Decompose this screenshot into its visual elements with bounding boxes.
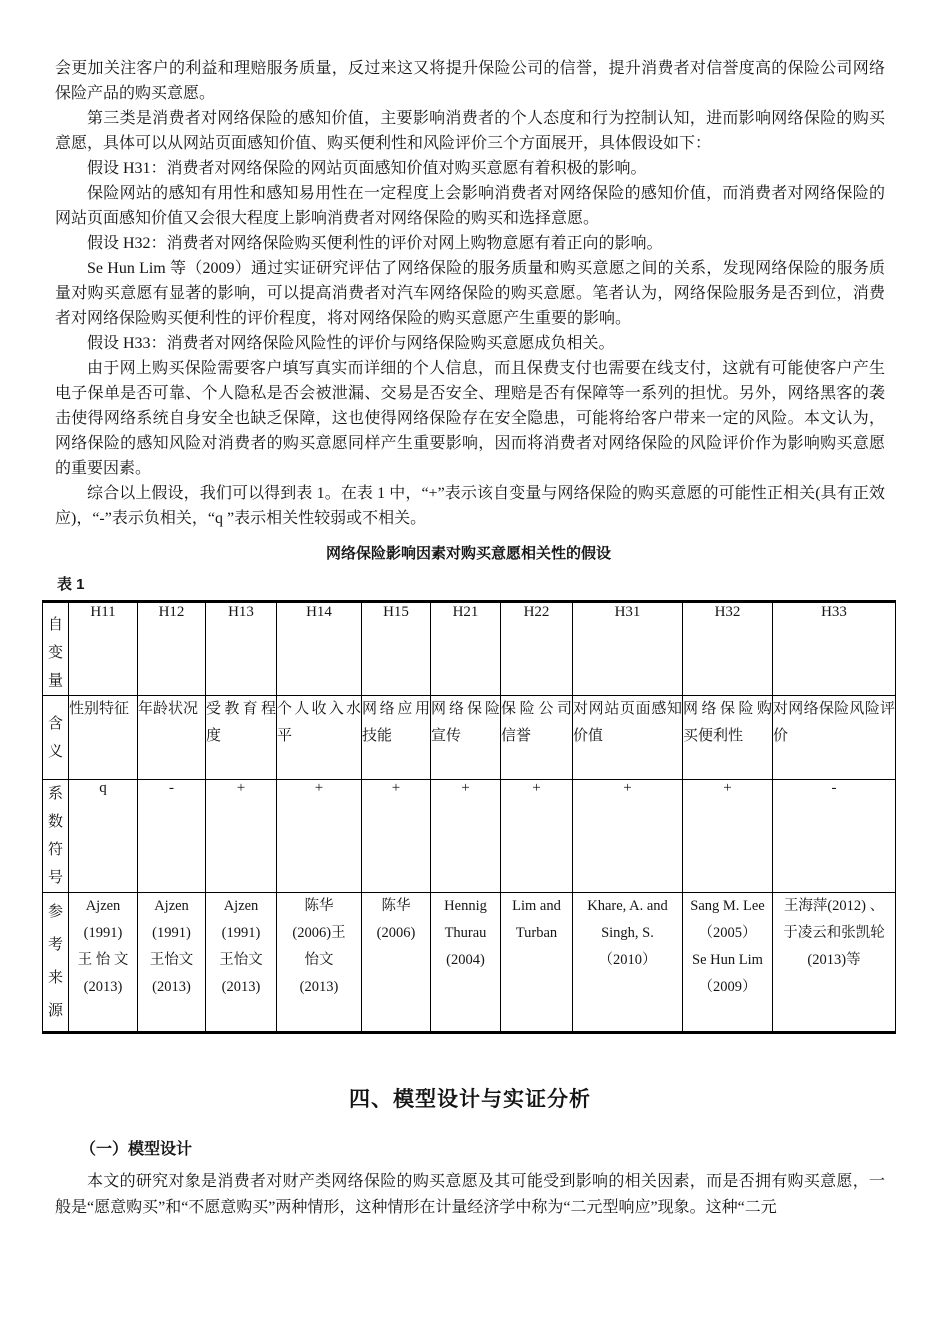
ref-cell: Ajzen (1991) 王怡文 (2013) <box>138 893 206 1033</box>
ref-cell: 陈华 (2006)王 怡文 (2013) <box>277 893 362 1033</box>
sign-cell: + <box>573 780 683 893</box>
table-row-variable: 自 变 量 H11 H12 H13 H14 H15 H21 H22 H31 H3… <box>43 602 896 696</box>
table-row-source: 参 考 来 源 Ajzen (1991) 王 怡 文 (2013) Ajzen … <box>43 893 896 1033</box>
paper-page: 会更加关注客户的利益和理赔服务质量，反过来这又将提升保险公司的信誉，提升消费者对… <box>0 0 941 1331</box>
code-cell: H32 <box>683 602 773 696</box>
sign-cell: + <box>277 780 362 893</box>
table-caption: 网络保险影响因素对购买意愿相关性的假设 <box>42 543 895 565</box>
ref-cell: Ajzen (1991) 王怡文 (2013) <box>206 893 277 1033</box>
paragraph-service-quality: Se Hun Lim 等（2009）通过实证研究评估了网络保险的服务质量和购买意… <box>55 256 885 331</box>
paragraph-continuation: 会更加关注客户的利益和理赔服务质量，反过来这又将提升保险公司的信誉，提升消费者对… <box>55 56 885 106</box>
sign-cell: q <box>69 780 138 893</box>
meaning-cell: 年龄状况 <box>138 696 206 780</box>
sign-cell: + <box>683 780 773 893</box>
code-cell: H11 <box>69 602 138 696</box>
ref-cell: Ajzen (1991) 王 怡 文 (2013) <box>69 893 138 1033</box>
ref-cell: 王海萍(2012) 、 于凌云和张凯轮 (2013)等 <box>773 893 896 1033</box>
meaning-cell: 受教育程度 <box>206 696 277 780</box>
ref-cell: 陈华 (2006) <box>362 893 431 1033</box>
row-header-variable: 自 变 量 <box>43 602 69 696</box>
table1-block: 网络保险影响因素对购买意愿相关性的假设 表 1 自 变 量 H11 H12 H1… <box>42 543 895 1034</box>
paragraph-risk-concerns: 由于网上购买保险需要客户填写真实而详细的个人信息，而且保费支付也需要在线支付，这… <box>55 356 885 481</box>
code-cell: H33 <box>773 602 896 696</box>
hypothesis-h32: 假设 H32：消费者对网络保险购买便利性的评价对网上购物意愿有着正向的影响。 <box>55 231 885 256</box>
code-cell: H14 <box>277 602 362 696</box>
section-four: 四、模型设计与实证分析 （一）模型设计 本文的研究对象是消费者对财产类网络保险的… <box>55 1084 885 1221</box>
code-cell: H21 <box>431 602 501 696</box>
code-cell: H13 <box>206 602 277 696</box>
paragraph-table-intro: 综合以上假设，我们可以得到表 1。在表 1 中，“+”表示该自变量与网络保险的购… <box>55 481 885 531</box>
row-header-meaning: 含 义 <box>43 696 69 780</box>
code-cell: H15 <box>362 602 431 696</box>
meaning-cell: 网络保险宣传 <box>431 696 501 780</box>
table-row-meaning: 含 义 性别特征 年龄状况 受教育程度 个人收入水平 网络应用技能 网络保险宣传… <box>43 696 896 780</box>
code-cell: H12 <box>138 602 206 696</box>
meaning-cell: 对网络保险风险评价 <box>773 696 896 780</box>
table-row-sign: 系 数 符 号 q - + + + + + + + - <box>43 780 896 893</box>
code-cell: H22 <box>501 602 573 696</box>
hypothesis-h31: 假设 H31：消费者对网络保险的网站页面感知价值对购买意愿有着积极的影响。 <box>55 156 885 181</box>
sign-cell: + <box>501 780 573 893</box>
hypotheses-table: 自 变 量 H11 H12 H13 H14 H15 H21 H22 H31 H3… <box>42 600 896 1034</box>
meaning-cell: 个人收入水平 <box>277 696 362 780</box>
section-heading: 四、模型设计与实证分析 <box>55 1084 885 1116</box>
subsection-heading: （一）模型设计 <box>55 1138 885 1162</box>
meaning-cell: 保险公司信誉 <box>501 696 573 780</box>
ref-cell: Sang M. Lee （2005） Se Hun Lim （2009） <box>683 893 773 1033</box>
meaning-cell: 对网站页面感知价值 <box>573 696 683 780</box>
body-text: 会更加关注客户的利益和理赔服务质量，反过来这又将提升保险公司的信誉，提升消费者对… <box>55 56 885 531</box>
paragraph-website-perceived-value: 保险网站的感知有用性和感知易用性在一定程度上会影响消费者对网络保险的感知价值，而… <box>55 181 885 231</box>
meaning-cell: 网络应用技能 <box>362 696 431 780</box>
ref-cell: Lim and Turban <box>501 893 573 1033</box>
sign-cell: + <box>206 780 277 893</box>
row-header-sign: 系 数 符 号 <box>43 780 69 893</box>
table-label: 表 1 <box>57 574 895 596</box>
sign-cell: + <box>431 780 501 893</box>
sign-cell: - <box>138 780 206 893</box>
sign-cell: + <box>362 780 431 893</box>
hypothesis-h33: 假设 H33：消费者对网络保险风险性的评价与网络保险购买意愿成负相关。 <box>55 331 885 356</box>
paragraph-model-design: 本文的研究对象是消费者对财产类网络保险的购买意愿及其可能受到影响的相关因素，而是… <box>55 1169 885 1221</box>
ref-cell: Khare, A. and Singh, S. （2010） <box>573 893 683 1033</box>
meaning-cell: 性别特征 <box>69 696 138 780</box>
row-header-source: 参 考 来 源 <box>43 893 69 1033</box>
meaning-cell: 网络保险购买便利性 <box>683 696 773 780</box>
code-cell: H31 <box>573 602 683 696</box>
paragraph-third-category: 第三类是消费者对网络保险的感知价值，主要影响消费者的个人态度和行为控制认知，进而… <box>55 106 885 156</box>
sign-cell: - <box>773 780 896 893</box>
ref-cell: Hennig Thurau (2004) <box>431 893 501 1033</box>
